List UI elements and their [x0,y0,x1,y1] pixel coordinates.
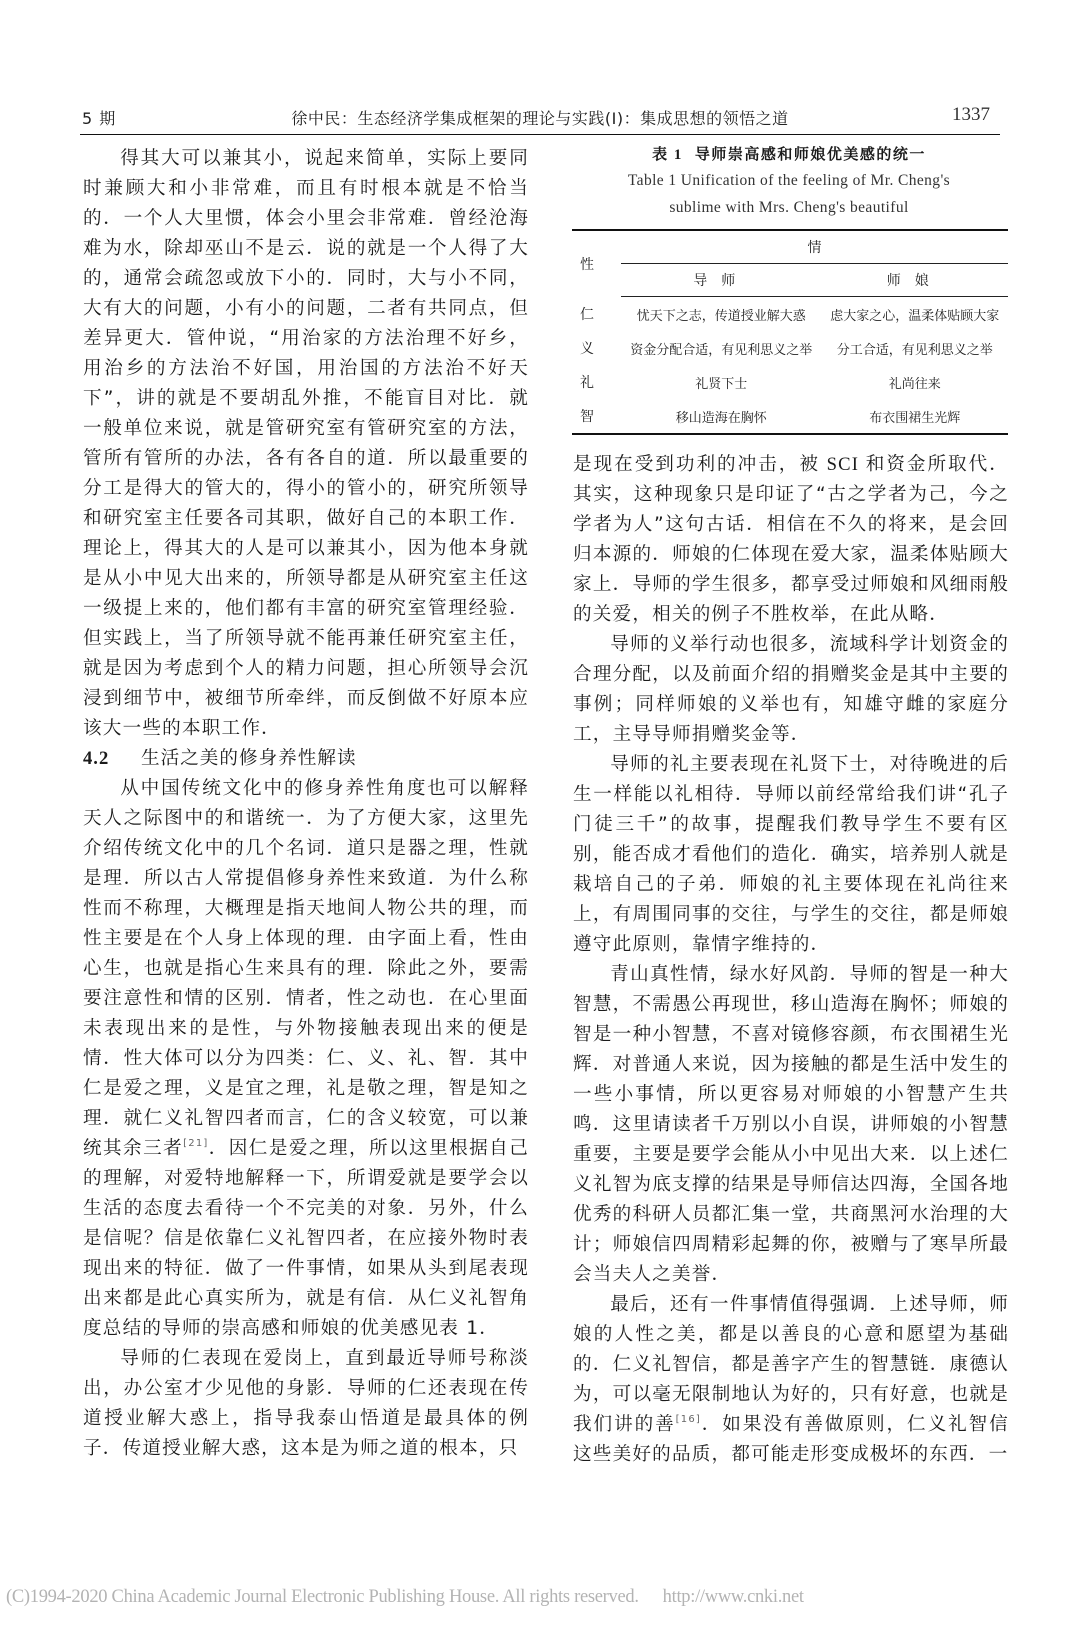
table-caption-en-line1: Table 1 Unification of the feeling of Mr… [570,167,1008,194]
table-label: 表 1 [652,147,683,163]
data-table: 性 情 导师 师娘 仁 忧天下之志，传道授业解大惑 虑大家之心，温柔体贴顾大家 … [572,229,1008,435]
right-column: 是现在受到功利的冲击，被 SCI 和资金所取代．其实，这种现象只是印证了“古之学… [573,450,1009,1470]
table-row: 仁 忧天下之志，传道授业解大惑 虑大家之心，温柔体贴顾大家 [572,297,1008,332]
cell-mentor: 资金分配合适，有见利思义之举 [621,331,822,365]
paragraph: 导师的义举行动也很多，流域科学计划资金的合理分配，以及前面介绍的捐赠奖金是其中主… [573,630,1009,750]
table-caption-zh: 表 1导师崇高感和师娘优美感的统一 [570,143,1008,164]
table-row: 礼 礼贤下士 礼尚往来 [572,365,1008,399]
row-key: 礼 [572,365,621,399]
row-key: 义 [572,331,621,365]
running-head: 5 期 徐中民：生态经济学集成框架的理论与实践(Ⅰ)：集成思想的领悟之道 133… [80,104,1000,132]
section-heading: 4.2生活之美的修身养性解读 [83,744,529,774]
article-running-title: 徐中民：生态经济学集成框架的理论与实践(Ⅰ)：集成思想的领悟之道 [80,106,1000,129]
paragraph-text: 和资金所取代．其实，这种现象只是印证了“古之学者为己，今之学者为人”这句古话．相… [573,454,1009,625]
table-caption-en: Table 1 Unification of the feeling of Mr… [570,167,1008,221]
cell-wife: 礼尚往来 [822,365,1008,399]
cell-mentor: 礼贤下士 [621,365,822,399]
group-header-qing: 情 [621,230,1008,264]
cell-wife: 分工合适，有见利思义之举 [822,331,1008,365]
page-number: 1337 [952,104,990,126]
paragraph-text: 是现在受到功利的冲击，被 [573,454,820,475]
cell-mentor: 移山造海在胸怀 [621,399,822,434]
header-rule [80,134,1000,135]
table-row: 智 移山造海在胸怀 布衣围裙生光辉 [572,399,1008,434]
paragraph-text: 从中国传统文化中的修身养性角度也可以解释天人之际图中的和谐统一．为了方便大家，这… [83,778,529,1159]
table-1: 表 1导师崇高感和师娘优美感的统一 Table 1 Unification of… [570,137,1008,435]
table-row: 义 资金分配合适，有见利思义之举 分工合适，有见利思义之举 [572,331,1008,365]
paragraph-text: SCI [820,454,866,475]
row-header-xing: 性 [572,230,621,297]
left-column: 得其大可以兼其小，说起来简单，实际上要同时兼顾大和小非常难，而且有时根本就是不恰… [83,144,529,1464]
column-header-wife: 师娘 [822,264,1008,297]
paragraph-continued: 是现在受到功利的冲击，被 SCI 和资金所取代．其实，这种现象只是印证了“古之学… [573,450,1009,630]
cell-wife: 虑大家之心，温柔体贴顾大家 [822,297,1008,332]
section-number: 4.2 [83,744,141,774]
paragraph: 得其大可以兼其小，说起来简单，实际上要同时兼顾大和小非常难，而且有时根本就是不恰… [83,144,529,744]
footer-copyright: (C)1994-2020 China Academic Journal Elec… [6,1587,804,1608]
paragraph: 导师的礼主要表现在礼贤下士，对待晚进的后生一样能以礼相待．导师以前经常给我们讲“… [573,750,1009,960]
table-caption-text: 导师崇高感和师娘优美感的统一 [695,145,926,163]
paragraph: 从中国传统文化中的修身养性角度也可以解释天人之际图中的和谐统一．为了方便大家，这… [83,774,529,1344]
paragraph-text: ．因仁是爱之理，所以这里根据自己的理解，对爱特地解释一下，所谓爱就是要学会以生活… [83,1138,529,1339]
table-caption-en-line2: sublime with Mrs. Cheng's beautiful [570,194,1008,221]
cell-wife: 布衣围裙生光辉 [822,399,1008,434]
paragraph: 青山真性情，绿水好风韵．导师的智是一种大智慧，不需愚公再现世，移山造海在胸怀；师… [573,960,1009,1290]
paragraph: 导师的仁表现在爱岗上，直到最近导师号称淡出，办公室才少见他的身影．导师的仁还表现… [83,1344,529,1464]
footer-url[interactable]: http://www.cnki.net [663,1587,804,1607]
row-key: 仁 [572,297,621,332]
section-title: 生活之美的修身养性解读 [141,748,357,769]
cell-mentor: 忧天下之志，传道授业解大惑 [621,297,822,332]
paragraph: 最后，还有一件事情值得强调．上述导师，师娘的人性之美，都是以善良的心意和愿望为基… [573,1290,1009,1470]
row-key: 智 [572,399,621,434]
copyright-text: (C)1994-2020 China Academic Journal Elec… [6,1587,639,1607]
citation-ref[interactable]: [21] [183,1138,208,1149]
citation-ref[interactable]: [16] [676,1414,701,1425]
column-header-mentor: 导师 [621,264,822,297]
